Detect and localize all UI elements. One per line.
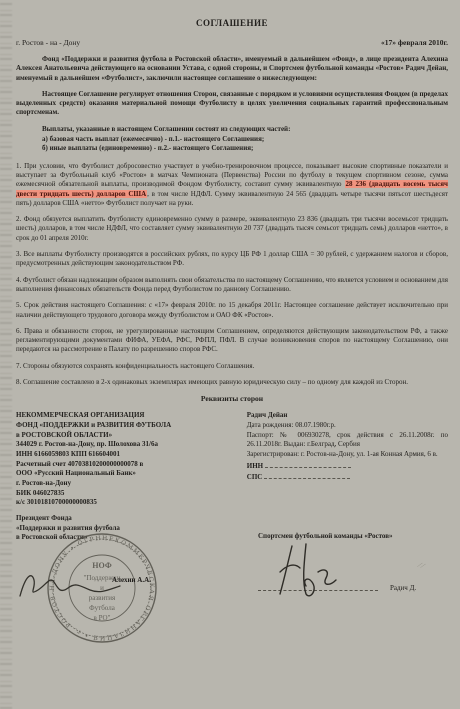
fund-bank-city: г. Ростов-на-Дону [16,479,237,489]
player-passport: Паспорт: № 006930278, срок действия с 26… [247,431,448,450]
fund-bik: БИК 046027835 [16,489,237,499]
player-signature-name: Радич Д. [390,584,416,594]
payment-item-a: а) базовая часть выплат (ежемесячно) - п… [42,135,448,144]
player-requisites: Радич Дейан Дата рождения: 08.07.1980г.р… [247,411,448,508]
player-inn-label: ИНН [247,462,263,470]
svg-text:Футбола: Футбола [89,604,116,612]
player-sps-blank [264,471,350,479]
fund-inn-kpp: ИНН 6166059803 КПП 616604001 [16,450,237,460]
fund-president-line1: Президент Фонда [16,514,166,524]
clause-4: 4. Футболист обязан надлежащим образом в… [16,276,448,295]
document-city: г. Ростов - на - Дону [16,38,80,47]
clause-8: 8. Соглашение составлено в 2-х одинаковы… [16,378,448,387]
requisites-columns: НЕКОММЕРЧЕСКАЯ ОРГАНИЗАЦИЯ ФОНД «ПОДДЕРЖ… [16,411,448,508]
purpose-paragraph: Настоящее Соглашение регулирует отношени… [16,90,448,118]
clause-1: 1. При условии, что Футболист добросовес… [16,162,448,208]
intro-paragraph: Фонд «Поддержки и развития футбола в Рос… [16,55,448,83]
player-name: Радич Дейан [247,411,448,421]
fund-address: 344029 г. Ростов-на-Дону, пр. Шолохова 3… [16,440,237,450]
scan-edge-noise [0,0,12,709]
player-sps-label: СПС [247,473,263,481]
player-signature [266,542,356,598]
clause-7: 7. Стороны обязуются сохранять конфиденц… [16,362,448,371]
document-title: СОГЛАШЕНИЕ [16,18,448,28]
clause-5: 5. Срок действия настоящего Соглашения: … [16,301,448,320]
svg-text:в РО": в РО" [94,614,111,622]
player-inn-row: ИНН [247,460,448,472]
fund-account: Расчетный счет 40703810200000000078 в [16,460,237,470]
fund-org-type: НЕКОММЕРЧЕСКАЯ ОРГАНИЗАЦИЯ [16,411,237,421]
fund-corr-account: к/с 30101810700000000835 [16,498,237,508]
requisites-heading: Реквизиты сторон [16,394,448,403]
fund-requisites: НЕКОММЕРЧЕСКАЯ ОРГАНИЗАЦИЯ ФОНД «ПОДДЕРЖ… [16,411,237,508]
fund-name-line1: ФОНД «ПОДДЕРЖКИ и РАЗВИТИЯ ФУТБОЛА [16,421,237,431]
player-signature-title: Спортсмен футбольной команды «Ростов» [258,532,393,542]
place-date-row: г. Ростов - на - Дону «17» февраля 2010г… [16,38,448,47]
clause-6: 6. Права и обязанности сторон, не урегул… [16,327,448,355]
signature-area: Президент Фонда «Поддержки и развития фу… [16,514,448,644]
player-registration: Зарегистрирован: г. Ростов-на-Дону, ул. … [247,450,448,460]
agreement-document-page: СОГЛАШЕНИЕ г. Ростов - на - Дону «17» фе… [0,0,460,709]
president-signature [16,566,126,602]
clause-2: 2. Фонд обязуется выплатить Футболисту е… [16,215,448,243]
payments-intro: Выплаты, указанные в настоящем Соглашени… [16,125,448,134]
player-sps-row: СПС [247,471,448,483]
player-inn-blank [265,460,351,468]
document-date: «17» февраля 2010г. [381,38,448,47]
payment-item-b: б) иные выплаты (единовременно) - п.2.- … [42,144,448,153]
fund-name-line2: в РОСТОВСКОЙ ОБЛАСТИ» [16,431,237,441]
pencil-mark: ⁄ ⁄ [418,559,426,571]
player-birthdate: Дата рождения: 08.07.1980г.р. [247,421,448,431]
clause-3: 3. Все выплаты Футболисту производятся в… [16,250,448,269]
fund-bank: ООО «Русский Национальный Банк» [16,469,237,479]
president-name: Алехин А.А. [112,576,151,586]
